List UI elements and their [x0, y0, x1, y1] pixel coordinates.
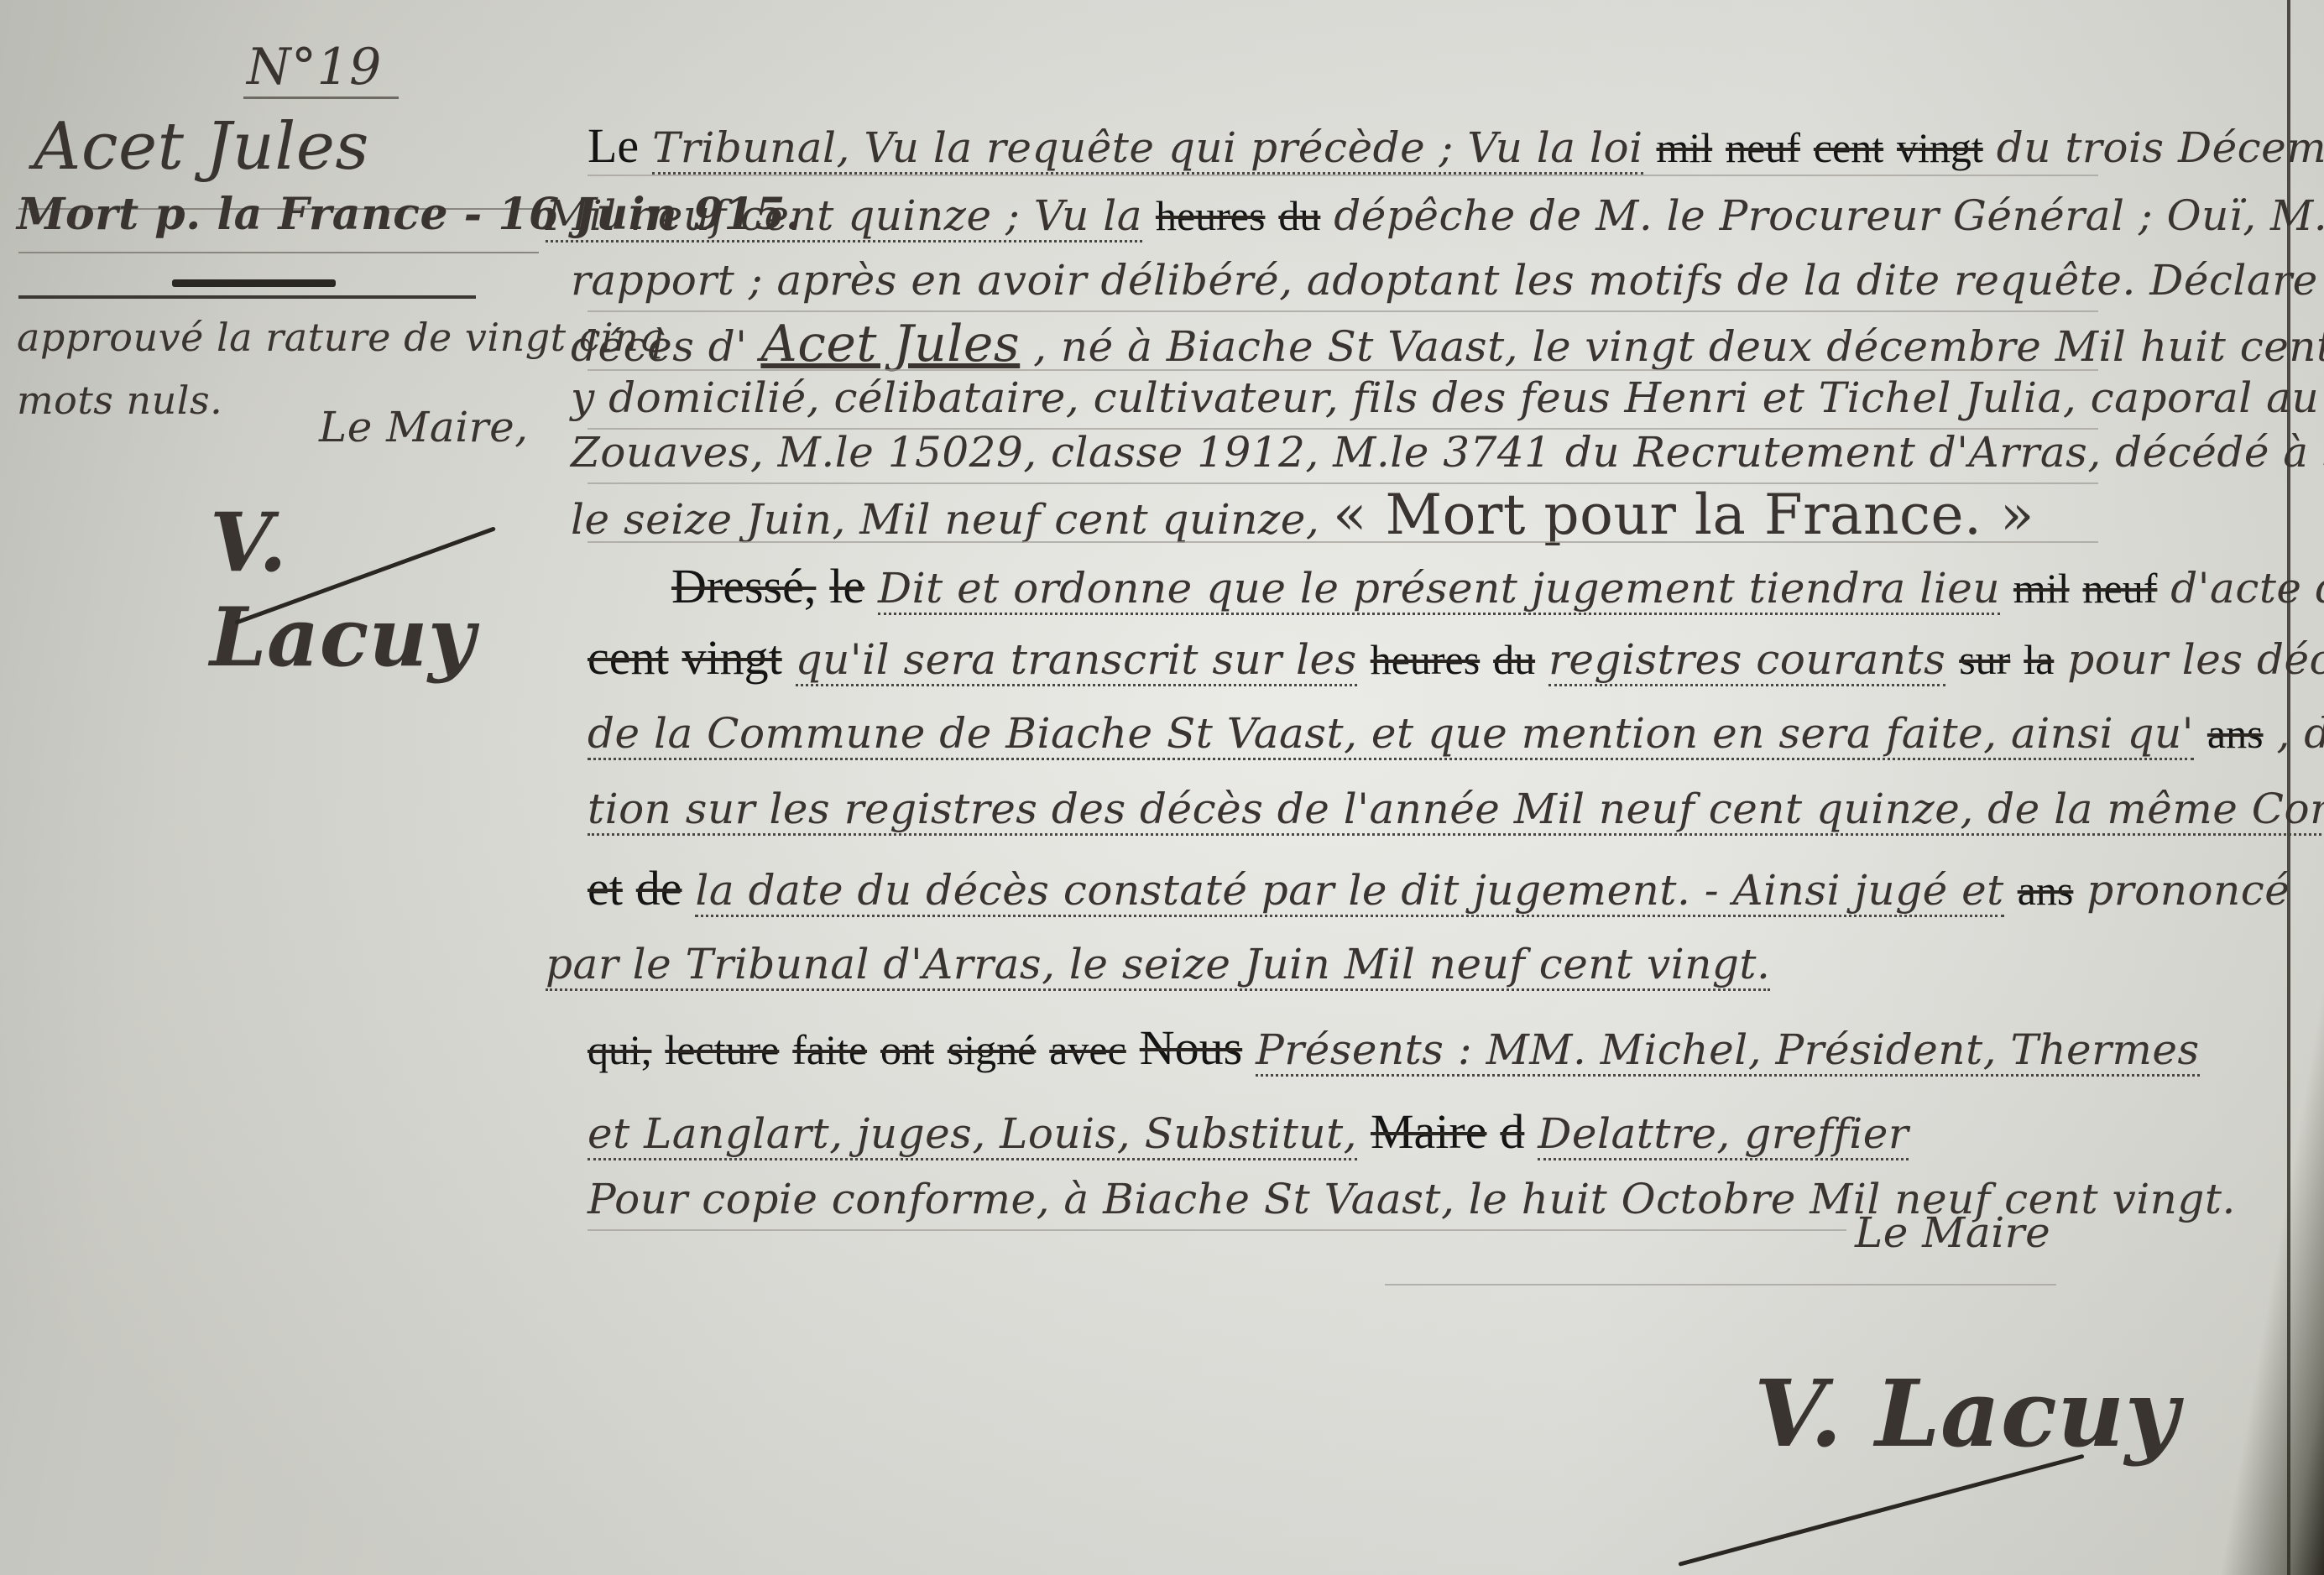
handwritten-text: la date du décès constaté par le dit jug… — [695, 866, 2003, 917]
ruled-line — [588, 1229, 1846, 1231]
handwritten-text: registres courants — [1548, 635, 1945, 686]
struck-word: vingt — [682, 630, 782, 685]
struck-word: le — [829, 559, 864, 613]
margin-rule — [18, 252, 539, 253]
struck-word: faite — [792, 1026, 867, 1073]
handwritten-text: dépêche de M. le Procureur Général ; Ouï… — [1334, 191, 2324, 240]
struck-word: neuf — [2083, 565, 2158, 612]
handwritten-text: , de la transcrip- — [2276, 709, 2324, 758]
approval-note-line-1: approuvé la rature de vingt cinq — [17, 315, 664, 360]
body-line-15: et Langlart, juges, Louis, Substitut, Ma… — [588, 1103, 2274, 1160]
body-line-12: et de la date du décès constaté par le d… — [588, 860, 2274, 916]
handwritten-text: du trois Décembre — [1997, 123, 2324, 172]
signature-flourish — [1678, 1454, 2084, 1567]
struck-word: de — [636, 861, 682, 915]
struck-word: et — [588, 861, 623, 915]
mort-pour-la-france-inline: « Mort pour la France. » — [1333, 482, 2034, 547]
handwritten-text: tion sur les registres des décès de l'an… — [588, 785, 2324, 836]
margin-divider — [18, 295, 476, 299]
handwritten-text: et Langlart, juges, Louis, Substitut, — [588, 1109, 1357, 1160]
margin-divider-bold — [172, 279, 336, 287]
body-line-6: Zouaves, M.le 15029, classe 1912, M.le 3… — [571, 428, 2274, 477]
struck-word: la — [2024, 636, 2054, 683]
handwritten-text: pour les décès — [2067, 635, 2324, 684]
struck-word: mil — [2013, 565, 2070, 612]
ruled-line — [588, 175, 2098, 176]
handwritten-text: qu'il sera transcrit sur les — [796, 635, 1357, 686]
struck-word: Dressé, — [671, 559, 816, 613]
body-line-7: le seize Juin, Mil neuf cent quinze, « M… — [571, 482, 2274, 547]
struck-word: du — [1493, 636, 1535, 683]
handwritten-text: Dit et ordonne que le présent jugement t… — [878, 564, 2000, 615]
handwritten-text: de la Commune de Biache St Vaast, et que… — [588, 709, 2194, 760]
printed-word: Le — [588, 118, 639, 173]
handwritten-text: par le Tribunal d'Arras, le seize Juin M… — [546, 940, 1770, 991]
body-line-5: y domicilié, célibataire, cultivateur, f… — [571, 373, 2274, 422]
ruled-line — [588, 541, 2098, 543]
handwritten-text: Tribunal, Vu la requête qui précède ; Vu… — [652, 123, 1643, 175]
approval-note-line-2: mots nuls. — [17, 378, 222, 423]
margin-mayor-signature: V. Lacuy — [210, 495, 571, 685]
body-line-11: tion sur les registres des décès de l'an… — [588, 785, 2274, 833]
margin-mayor-title: Le Maire, — [319, 403, 529, 451]
struck-word: sur — [1959, 636, 2010, 683]
struck-word: heures — [1371, 636, 1481, 683]
struck-word: signé — [948, 1026, 1037, 1073]
struck-word: lecture — [665, 1026, 779, 1073]
struck-word: vingt — [1897, 124, 1983, 171]
body-line-14: qui, lecture faite ont signé avec Nous P… — [588, 1020, 2274, 1076]
struck-word: du — [1278, 192, 1320, 239]
handwritten-text: Mil neuf cent quinze ; Vu la — [546, 191, 1142, 243]
body-line-13: par le Tribunal d'Arras, le seize Juin M… — [546, 940, 2274, 988]
closing-mayor-title: Le Maire — [1855, 1208, 2050, 1257]
body-line-3: rapport ; après en avoir délibéré, adopt… — [571, 256, 2274, 305]
struck-word: qui, — [588, 1026, 651, 1073]
struck-word: Maire — [1371, 1104, 1487, 1159]
struck-word: ans — [2018, 867, 2074, 914]
closing-mayor-signature: V. Lacuy — [1754, 1359, 2179, 1468]
record-number: N°19 — [243, 38, 399, 99]
body-line-8: Dressé, le Dit et ordonne que le présent… — [671, 558, 2274, 614]
struck-word: ont — [880, 1026, 934, 1073]
struck-word: avec — [1049, 1026, 1126, 1073]
handwritten-text: prononcé — [2086, 866, 2290, 915]
handwritten-text: y domicilié, célibataire, cultivateur, f… — [571, 373, 2324, 422]
struck-word: ans — [2207, 710, 2264, 757]
handwritten-text: , né à Biache St Vaast, le vingt deux dé… — [1033, 322, 2324, 371]
handwritten-text: Zouaves, M.le 15029, classe 1912, M.le 3… — [571, 428, 2324, 477]
deceased-name: Acet Jules — [34, 109, 369, 185]
body-line-9: cent vingt qu'il sera transcrit sur les … — [588, 629, 2274, 686]
margin-column: N°19 Acet Jules Mort p. la France - 16 J… — [0, 0, 571, 1575]
struck-word: cent — [588, 630, 669, 685]
struck-word: heures — [1156, 192, 1266, 239]
body-line-4: décès d' Acet Jules , né à Biache St Vaa… — [571, 315, 2274, 373]
deceased-name-inline: Acet Jules — [760, 315, 1020, 373]
ruled-line — [1385, 1284, 2056, 1286]
struck-word: d — [1500, 1104, 1524, 1159]
struck-word: mil — [1657, 124, 1713, 171]
ruled-line — [588, 310, 2098, 312]
handwritten-text: rapport ; après en avoir délibéré, adopt… — [571, 256, 2324, 305]
handwritten-text: d'acte de décès, — [2170, 564, 2324, 613]
body-line-10: de la Commune de Biache St Vaast, et que… — [588, 709, 2274, 758]
handwritten-text: Présents : MM. Michel, Président, Therme… — [1256, 1025, 2200, 1077]
struck-word: neuf — [1726, 124, 1800, 171]
handwritten-text: décès d' — [571, 322, 748, 371]
struck-word: Nous — [1140, 1020, 1242, 1075]
ruled-line — [588, 369, 2098, 371]
body-line-1: Le Tribunal, Vu la requête qui précède ;… — [588, 117, 2274, 174]
handwritten-text: Delattre, greffier — [1538, 1109, 1909, 1160]
handwritten-text: le seize Juin, Mil neuf cent quinze, — [571, 495, 1319, 544]
body-line-2: Mil neuf cent quinze ; Vu la heures du d… — [546, 191, 2274, 240]
struck-word: cent — [1814, 124, 1883, 171]
